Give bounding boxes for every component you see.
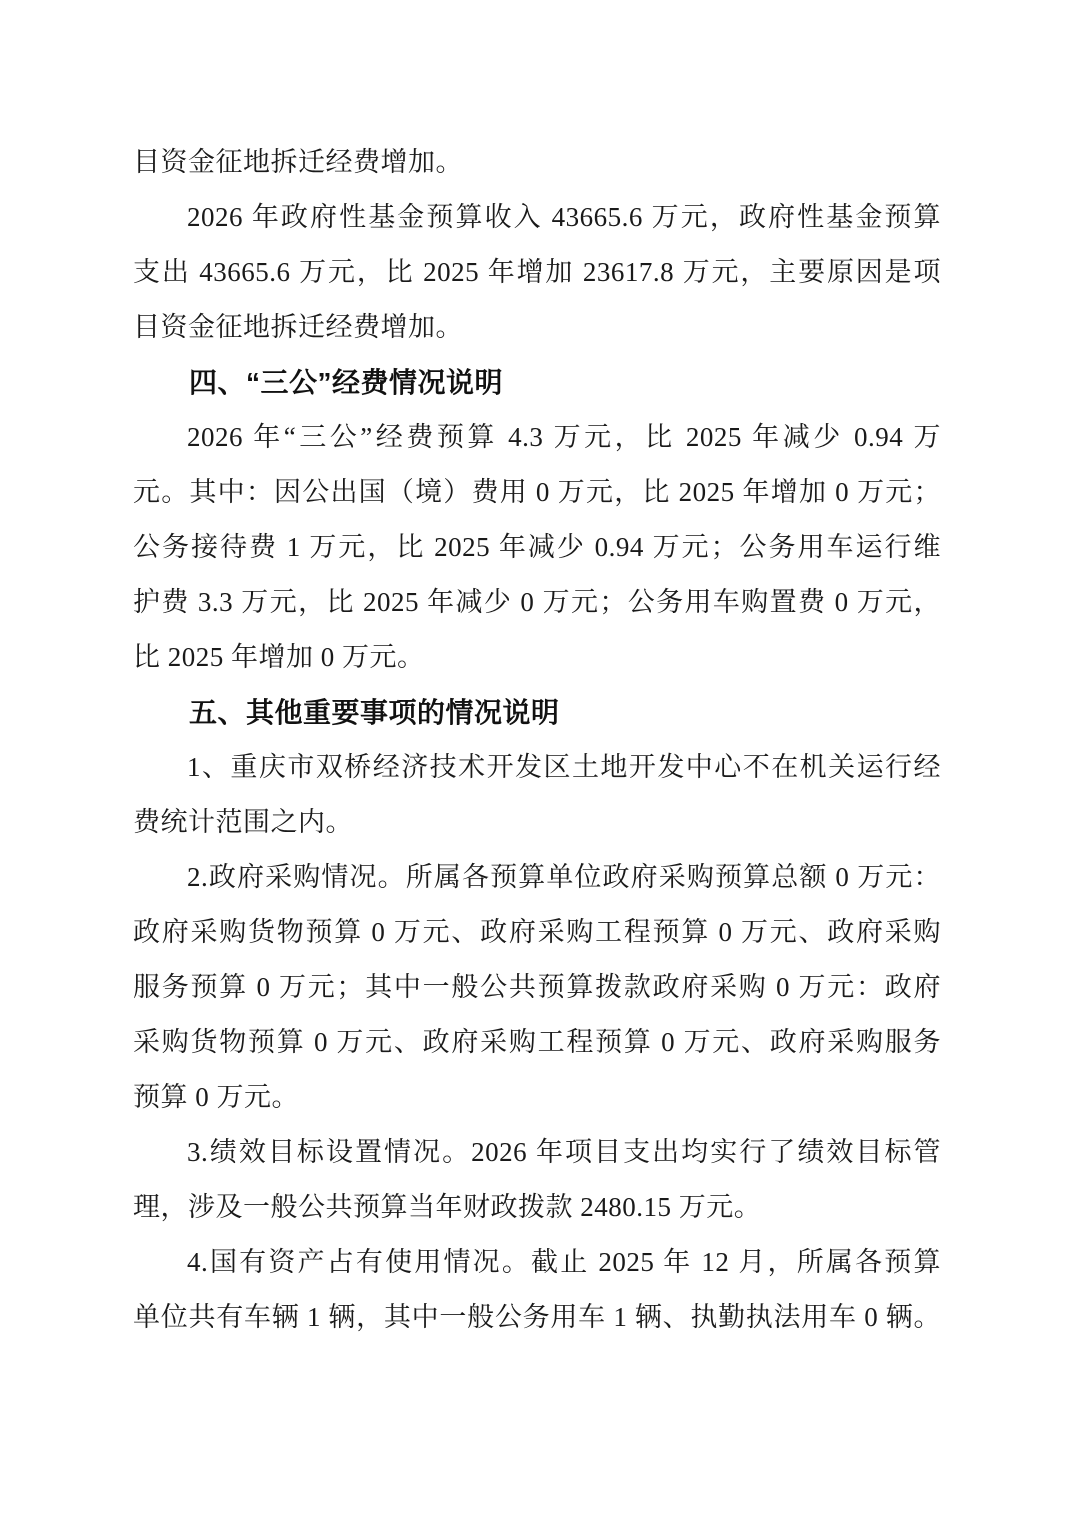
text-line: 单位共有车辆 1 辆，其中一般公务用车 1 辆、执勤执法用车 0 辆。 [133, 1290, 941, 1345]
text-line: 费统计范围之内。 [133, 795, 941, 850]
text-line: 2026 年政府性基金预算收入 43665.6 万元，政府性基金预算 [133, 190, 941, 245]
text-line: 元。其中：因公出国（境）费用 0 万元，比 2025 年增加 0 万元； [133, 465, 941, 520]
text-line: 1、重庆市双桥经济技术开发区土地开发中心不在机关运行经 [133, 740, 941, 795]
text-line: 预算 0 万元。 [133, 1070, 941, 1125]
text-line: 比 2025 年增加 0 万元。 [133, 630, 941, 685]
text-line: 采购货物预算 0 万元、政府采购工程预算 0 万元、政府采购服务 [133, 1015, 941, 1070]
section-heading: 四、“三公”经费情况说明 [133, 355, 941, 410]
text-line: 支出 43665.6 万元，比 2025 年增加 23617.8 万元，主要原因… [133, 245, 941, 300]
section-heading: 五、其他重要事项的情况说明 [133, 685, 941, 740]
text-line: 公务接待费 1 万元，比 2025 年减少 0.94 万元；公务用车运行维 [133, 520, 941, 575]
text-line: 2.政府采购情况。所属各预算单位政府采购预算总额 0 万元： [133, 850, 941, 905]
text-line: 理，涉及一般公共预算当年财政拨款 2480.15 万元。 [133, 1180, 941, 1235]
text-line: 政府采购货物预算 0 万元、政府采购工程预算 0 万元、政府采购 [133, 905, 941, 960]
document-body: 目资金征地拆迁经费增加。 2026 年政府性基金预算收入 43665.6 万元，… [133, 135, 941, 1345]
text-line: 服务预算 0 万元；其中一般公共预算拨款政府采购 0 万元：政府 [133, 960, 941, 1015]
text-line: 2026 年“三公”经费预算 4.3 万元，比 2025 年减少 0.94 万 [133, 410, 941, 465]
text-line: 目资金征地拆迁经费增加。 [133, 135, 941, 190]
text-line: 3.绩效目标设置情况。2026 年项目支出均实行了绩效目标管 [133, 1125, 941, 1180]
text-line: 4.国有资产占有使用情况。截止 2025 年 12 月，所属各预算 [133, 1235, 941, 1290]
text-line: 目资金征地拆迁经费增加。 [133, 300, 941, 355]
text-line: 护费 3.3 万元，比 2025 年减少 0 万元；公务用车购置费 0 万元， [133, 575, 941, 630]
document-page: 目资金征地拆迁经费增加。 2026 年政府性基金预算收入 43665.6 万元，… [0, 0, 1074, 1520]
